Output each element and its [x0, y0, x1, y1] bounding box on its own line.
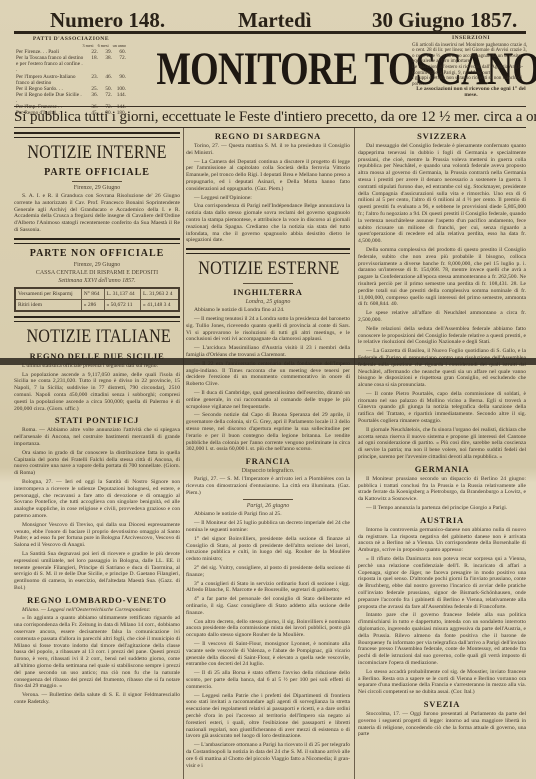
insertions-note: Le associazioni non si ricevono che ogni…: [412, 87, 530, 98]
rate-row: Per la Toscana franco al destino e per l…: [16, 55, 126, 73]
insertions-title: INSERZIONI: [412, 36, 530, 42]
heading-parte-non-officiale: PARTE NON OFFICIALE: [14, 248, 180, 259]
subscription-rates-title: PATTI D'ASSOCIAZIONE: [16, 36, 126, 42]
cassa-title: CASSA CENTRALE DI RISPARMI E DEPOSITI: [14, 270, 180, 276]
heading-notizie-esterne: NOTIZIE ESTERNE: [198, 258, 337, 280]
heading-stati-pontifici: STATI PONTIFICJ: [14, 415, 180, 425]
column-2: REGNO DI SARDEGNA Torino, 27. — Questa m…: [186, 128, 350, 771]
insertions-box: INSERZIONI Gli articoli da inserirsi nel…: [412, 36, 530, 99]
subscription-rates-box: PATTI D'ASSOCIAZIONE 3 mesi 6 mesi un an…: [16, 36, 126, 116]
rate-row: Per il Regno delle Due Sicilie . .36.72.…: [16, 92, 126, 104]
newspaper-page: Numero 148. Martedì 30 Giugno 1857. PATT…: [0, 0, 536, 779]
column-1: NOTIZIE INTERNE PARTE OFFICIALE Firenze,…: [14, 128, 180, 708]
publication-note: Si pubblica tutti i giorni, eccettuate l…: [14, 109, 526, 126]
column-divider: [183, 128, 184, 779]
table-row: Versamenti per Risparmj N° 864 L. 31,137…: [15, 288, 179, 300]
heading-francia: FRANCIA: [186, 456, 350, 466]
heading-svezia: SVEZIA: [358, 699, 526, 709]
cassa-subtitle: Settimana XXVI dell'anno 1857.: [14, 278, 180, 284]
heading-lombardo-veneto: REGNO LOMBARDO-VENETO: [14, 595, 180, 605]
issue-day: Martedì: [238, 8, 311, 33]
heading-austria: AUSTRIA: [358, 515, 526, 525]
heading-svizzera: SVIZZERA: [358, 131, 526, 141]
heading-notizie-italiane: NOTIZIE ITALIANE: [26, 326, 167, 348]
dateline: Firenze, 29 Giugno: [14, 262, 180, 268]
masthead-dateline: Numero 148. Martedì 30 Giugno 1857.: [0, 4, 536, 30]
savings-bank-table: Versamenti per Risparmj N° 864 L. 31,137…: [14, 287, 180, 312]
heading-germania: GERMANIA: [358, 464, 526, 474]
dateline: Firenze, 29 Giugno: [14, 185, 180, 191]
heading-inghilterra: INGHILTERRA: [186, 287, 350, 297]
newspaper-title: MONITORE TOSCANO: [156, 42, 371, 96]
heading-notizie-interne: NOTIZIE INTERNE: [26, 142, 167, 164]
page-fold-shadow: [0, 358, 536, 365]
masthead-rule: [14, 31, 526, 34]
header-rule: [14, 106, 526, 107]
rate-row: Per l'Impero Austro-Italiano franco al d…: [16, 74, 126, 86]
heading-parte-officiale: PARTE OFFICIALE: [14, 167, 180, 178]
column-3: SVIZZERA Dal messaggio del Consiglio fed…: [358, 128, 526, 740]
article-text: S. A. I. e R. il Granduca con Sovrana Ri…: [14, 193, 180, 234]
column-divider: [354, 128, 355, 779]
heading-sardegna: REGNO DI SARDEGNA: [186, 131, 350, 141]
issue-number: Numero 148.: [50, 8, 165, 33]
table-row: Ritiri idem » 286 » 50,672 11 » 41,148 3…: [15, 299, 179, 311]
issue-date: 30 Giugno 1857.: [372, 8, 517, 33]
